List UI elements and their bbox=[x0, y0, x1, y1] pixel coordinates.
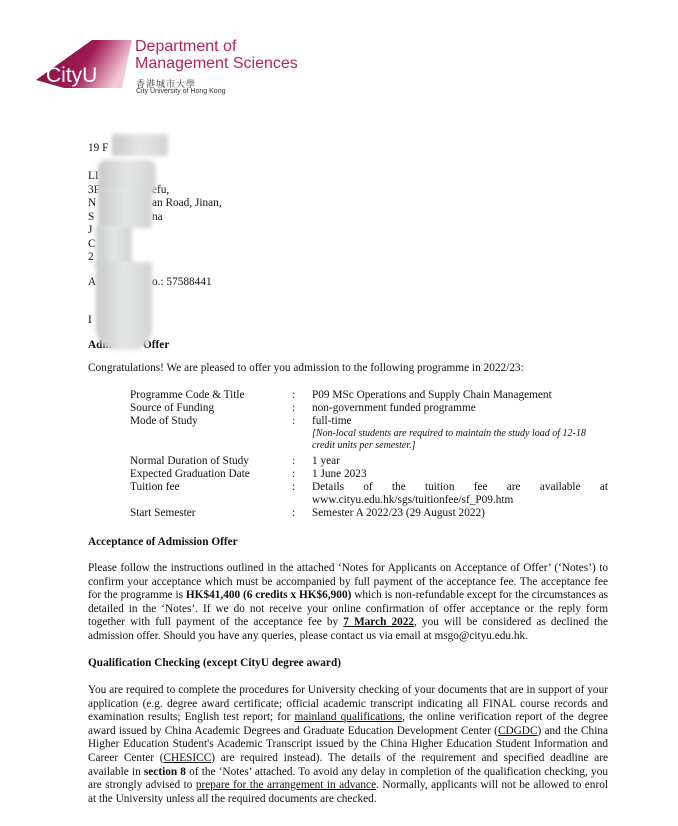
svg-text:CityU: CityU bbox=[46, 64, 97, 87]
qualification-heading: Qualification Checking (except CityU deg… bbox=[88, 657, 341, 670]
row-separator: : bbox=[292, 415, 312, 452]
address-line: J bbox=[88, 224, 92, 237]
row-separator: : bbox=[292, 481, 312, 507]
chesicc-link[interactable]: CHESICC bbox=[164, 752, 212, 764]
address-line: S bbox=[88, 211, 94, 224]
row-value: 1 year bbox=[312, 455, 608, 468]
row-label: Programme Code & Title bbox=[130, 389, 292, 402]
redaction-overlay bbox=[96, 262, 152, 350]
address-line: na bbox=[152, 211, 163, 224]
programme-details-table: Programme Code & Title : P09 MSc Operati… bbox=[130, 389, 608, 520]
redaction-overlay bbox=[96, 226, 132, 266]
row-value: Details of the tuition fee are available… bbox=[312, 481, 608, 507]
programme-row: Programme Code & Title : P09 MSc Operati… bbox=[130, 389, 608, 402]
department-line2: Management Sciences bbox=[135, 55, 298, 72]
programme-row: Mode of Study : full-time [Non-local stu… bbox=[130, 415, 608, 452]
study-load-note: [Non-local students are required to main… bbox=[312, 428, 608, 452]
acceptance-deadline: 7 March 2022 bbox=[343, 616, 414, 628]
row-value: full-time [Non-local students are requir… bbox=[312, 415, 608, 452]
redaction-overlay bbox=[98, 188, 152, 228]
row-label: Normal Duration of Study bbox=[130, 455, 292, 468]
qualification-paragraph: You are required to complete the procedu… bbox=[88, 684, 608, 806]
tuition-fee-link[interactable]: www.cityu.edu.hk/sgs/tuitionfee/sf_P09.h… bbox=[312, 494, 608, 507]
prepare-in-advance-link[interactable]: prepare for the arrangement in advance bbox=[196, 779, 376, 791]
redaction-overlay bbox=[112, 134, 168, 156]
programme-row: Source of Funding : non-government funde… bbox=[130, 402, 608, 415]
cdgdc-link[interactable]: CDGDC bbox=[498, 725, 538, 737]
address-line: an Road, Jinan, bbox=[152, 197, 222, 210]
row-separator: : bbox=[292, 455, 312, 468]
row-value: P09 MSc Operations and Supply Chain Mana… bbox=[312, 389, 608, 402]
row-label: Tuition fee bbox=[130, 481, 292, 507]
row-label: Mode of Study bbox=[130, 415, 292, 452]
address-line: N bbox=[88, 197, 96, 210]
cityu-logo: CityU bbox=[34, 38, 134, 90]
programme-row: Start Semester : Semester A 2022/23 (29 … bbox=[130, 507, 608, 520]
row-separator: : bbox=[292, 402, 312, 415]
section-reference: section 8 bbox=[144, 766, 186, 778]
row-label: Source of Funding bbox=[130, 402, 292, 415]
department-line1: Department of bbox=[135, 38, 298, 55]
university-english-name: City University of Hong Kong bbox=[136, 88, 225, 95]
row-separator: : bbox=[292, 468, 312, 481]
mode-value: full-time bbox=[312, 415, 608, 428]
application-no-prefix: A bbox=[88, 276, 96, 289]
department-name: Department of Management Sciences bbox=[135, 38, 298, 72]
salutation: I bbox=[88, 314, 92, 327]
mainland-qualifications-link[interactable]: mainland qualifications bbox=[295, 711, 403, 723]
address-line: C bbox=[88, 238, 96, 251]
letter-date: 19 F bbox=[88, 142, 108, 155]
programme-row: Expected Graduation Date : 1 June 2023 bbox=[130, 468, 608, 481]
address-line: 2 bbox=[88, 251, 94, 264]
row-value: non-government funded programme bbox=[312, 402, 608, 415]
row-value: 1 June 2023 bbox=[312, 468, 608, 481]
acceptance-fee: HK$41,400 (6 credits x HK$6,900) bbox=[186, 589, 351, 601]
row-separator: : bbox=[292, 507, 312, 520]
row-label: Expected Graduation Date bbox=[130, 468, 292, 481]
programme-row: Normal Duration of Study : 1 year bbox=[130, 455, 608, 468]
intro-text: Congratulations! We are pleased to offer… bbox=[88, 362, 524, 375]
tuition-text: Details of the tuition fee are available… bbox=[312, 481, 608, 494]
acceptance-heading: Acceptance of Admission Offer bbox=[88, 536, 238, 549]
programme-row: Tuition fee : Details of the tuition fee… bbox=[130, 481, 608, 507]
row-value: Semester A 2022/23 (29 August 2022) bbox=[312, 507, 608, 520]
acceptance-paragraph: Please follow the instructions outlined … bbox=[88, 562, 608, 644]
row-separator: : bbox=[292, 389, 312, 402]
application-number: o.: 57588441 bbox=[152, 276, 212, 289]
row-label: Start Semester bbox=[130, 507, 292, 520]
